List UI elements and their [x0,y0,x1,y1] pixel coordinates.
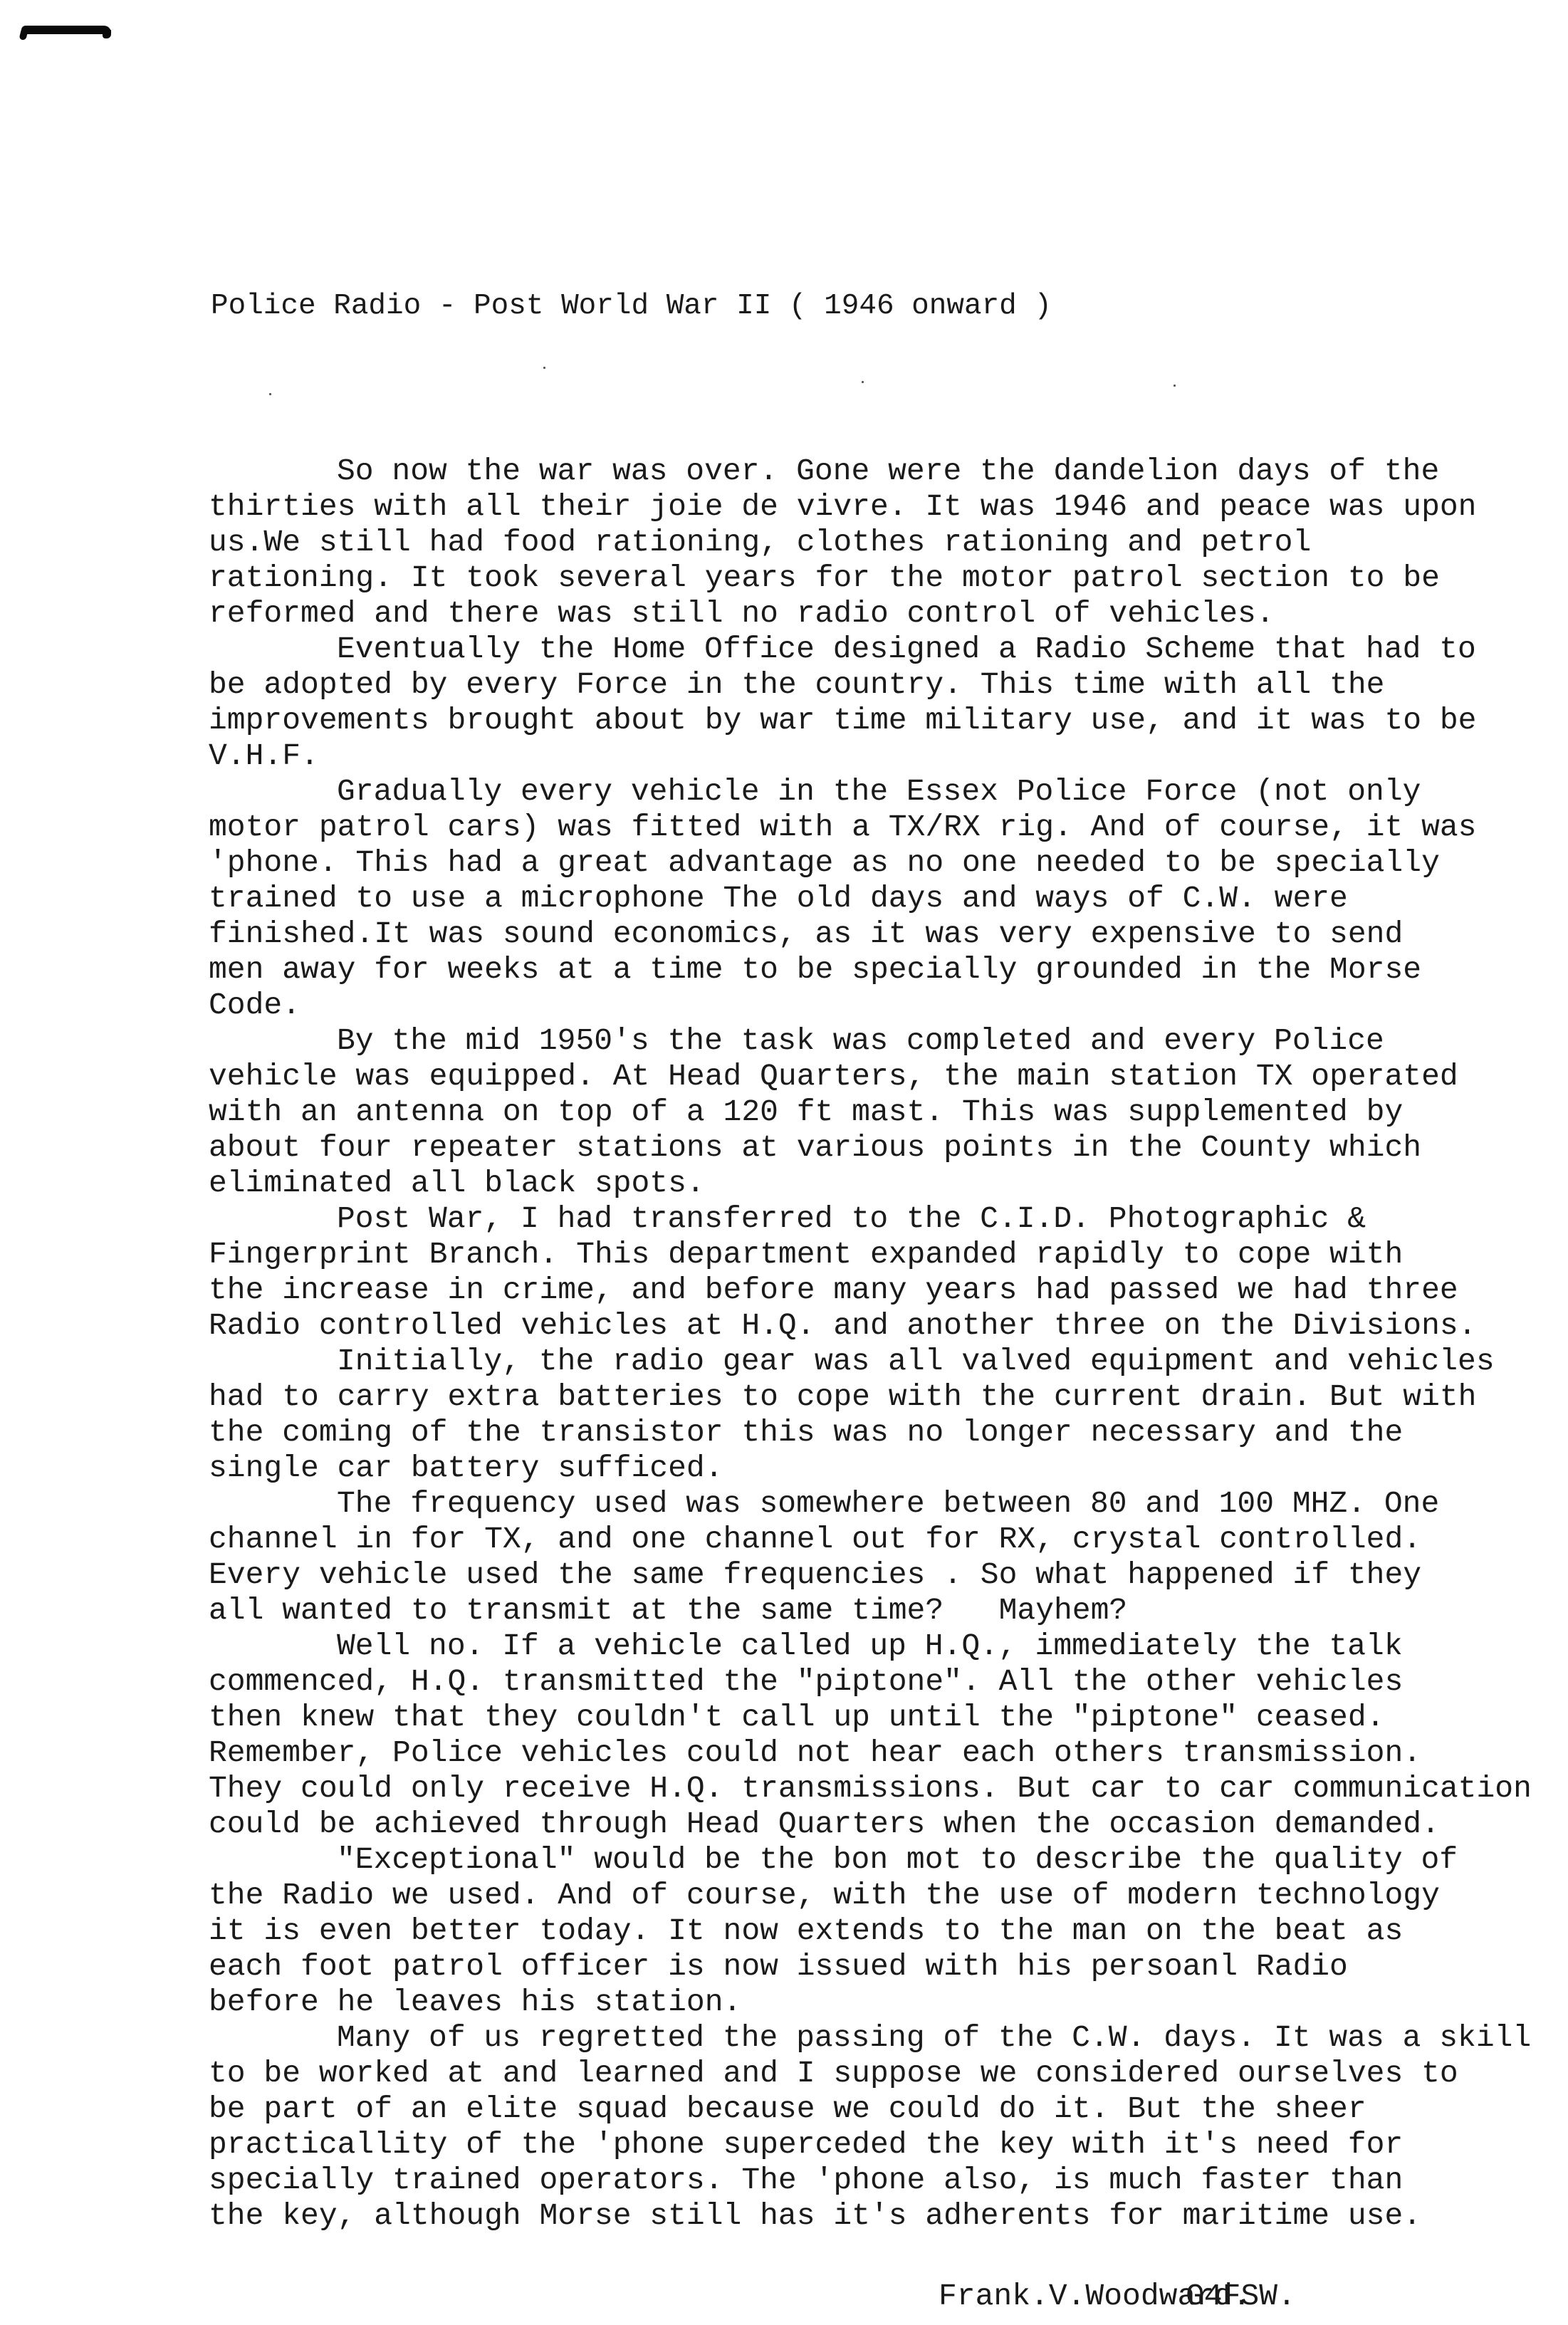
text-line: be part of an elite squad because we cou… [209,2094,1366,2124]
text-line: 'phone. This had a great advantage as no… [209,847,1440,878]
text-line: to be worked at and learned and I suppos… [209,2058,1458,2089]
text-line: eliminated all black spots. [209,1168,705,1198]
text-line: about four repeater stations at various … [209,1132,1421,1163]
text-line: They could only receive H.Q. transmissio… [209,1773,1532,1804]
document-title: Police Radio - Post World War II ( 1946 … [211,292,1052,321]
text-line: Remember, Police vehicles could not hear… [209,1738,1421,1768]
speck-2 [543,367,545,369]
text-line: thirties with all their joie de vivre. I… [209,491,1477,522]
text-line: Code. [209,990,300,1020]
text-line: Post War, I had transferred to the C.I.D… [337,1203,1366,1234]
text-line: each foot patrol officer is now issued w… [209,1951,1348,1982]
text-line: improvements brought about by war time m… [209,705,1477,736]
text-line: channel in for TX, and one channel out f… [209,1524,1421,1555]
text-line: it is even better today. It now extends … [209,1916,1403,1946]
text-line: rationing. It took several years for the… [209,563,1440,593]
text-line: Fingerprint Branch. This department expa… [209,1239,1403,1270]
text-line: specially trained operators. The 'phone … [209,2165,1403,2195]
text-line: the key, although Morse still has it's a… [209,2200,1421,2231]
staple-mark-icon [21,26,111,34]
author-callsign: G4FSW. [1186,2281,1296,2311]
text-line: then knew that they couldn't call up unt… [209,1702,1384,1733]
text-line: By the mid 1950's the task was completed… [337,1025,1384,1056]
speck-3 [862,381,864,383]
text-line: the Radio we used. And of course, with t… [209,1880,1440,1911]
text-line: the increase in crime, and before many y… [209,1275,1458,1305]
text-line: commenced, H.Q. transmitted the "piptone… [209,1666,1403,1697]
text-line: vehicle was equipped. At Head Quarters, … [209,1061,1458,1092]
text-line: all wanted to transmit at the same time?… [209,1595,1127,1626]
text-line: V.H.F. [209,741,319,771]
text-line: Initially, the radio gear was all valved… [337,1346,1495,1376]
text-line: be adopted by every Force in the country… [209,669,1384,700]
text-line: had to carry extra batteries to cope wit… [209,1381,1477,1412]
text-line: us.We still had food rationing, clothes … [209,527,1311,558]
text-line: before he leaves his station. [209,1987,741,2017]
text-line: Well no. If a vehicle called up H.Q., im… [337,1631,1403,1661]
text-line: The frequency used was somewhere between… [337,1488,1439,1519]
text-line: Every vehicle used the same frequencies … [209,1559,1421,1590]
text-line: men away for weeks at a time to be speci… [209,954,1421,985]
text-line: Eventually the Home Office designed a Ra… [337,634,1476,664]
text-line: trained to use a microphone The old days… [209,883,1348,914]
text-line: the coming of the transistor this was no… [209,1417,1403,1448]
speck-4 [1174,385,1176,387]
text-line: Many of us regretted the passing of the … [337,2022,1531,2053]
text-line: reformed and there was still no radio co… [209,598,1275,629]
typewritten-page: Police Radio - Post World War II ( 1946 … [0,0,1568,2325]
text-line: finished.It was sound economics, as it w… [209,919,1403,949]
text-line: "Exceptional" would be the bon mot to de… [337,1844,1458,1875]
text-line: Radio controlled vehicles at H.Q. and an… [209,1310,1477,1341]
text-line: single car battery sufficed. [209,1453,723,1483]
text-line: practicallity of the 'phone superceded t… [209,2129,1403,2160]
text-line: with an antenna on top of a 120 ft mast.… [209,1097,1403,1127]
speck-1 [269,393,271,395]
text-line: Gradually every vehicle in the Essex Pol… [337,776,1421,807]
text-line: could be achieved through Head Quarters … [209,1809,1440,1839]
text-line: So now the war was over. Gone were the d… [337,456,1439,486]
text-line: motor patrol cars) was fitted with a TX/… [209,812,1477,842]
